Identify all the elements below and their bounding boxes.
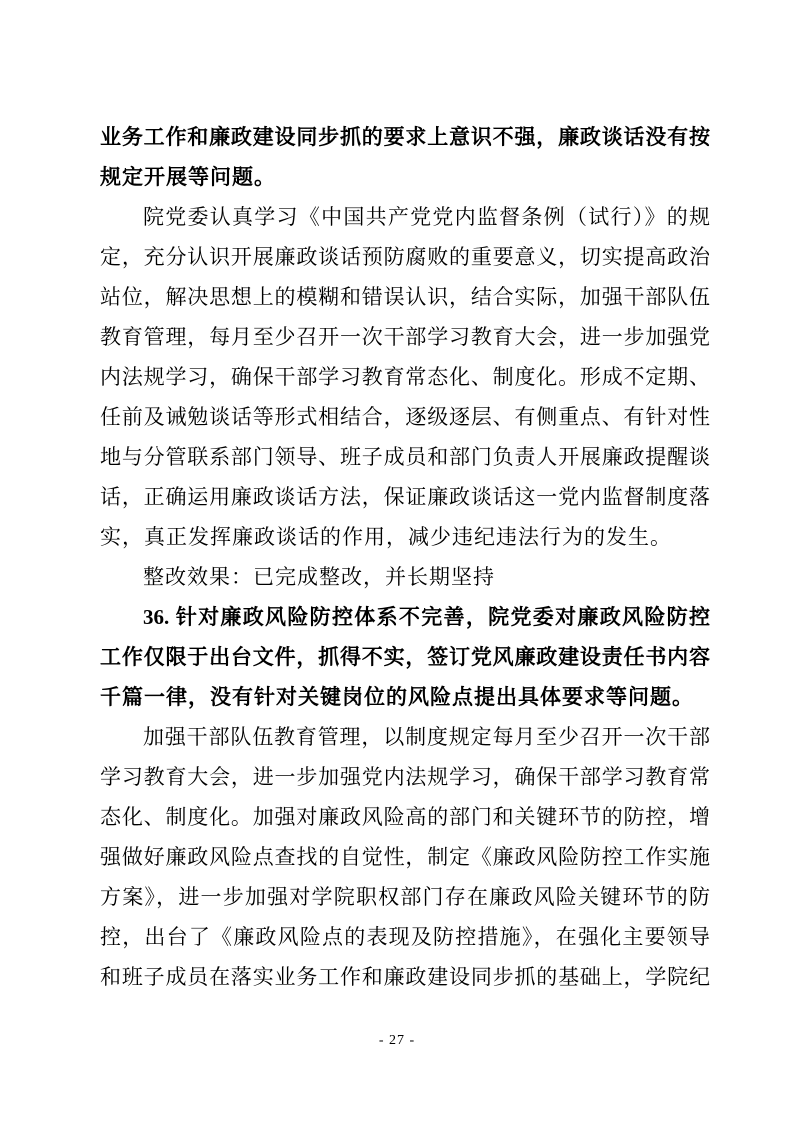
text-line: 定，充分认识开展廉政谈话预防腐败的重要意义，切实提高政治	[100, 237, 710, 277]
rectification-result-line: 整改效果：已完成整改，并长期坚持	[100, 557, 710, 597]
document-body: 业务工作和廉政建设同步抓的要求上意识不强，廉政谈话没有按 规定开展等问题。 院党…	[100, 117, 710, 997]
text-line: 业务工作和廉政建设同步抓的要求上意识不强，廉政谈话没有按	[100, 117, 710, 157]
text-line: 加强干部队伍教育管理，以制度规定每月至少召开一次干部	[100, 717, 710, 757]
text-line: 教育管理，每月至少召开一次干部学习教育大会，进一步加强党	[100, 317, 710, 357]
text-line: 院党委认真学习《中国共产党党内监督条例（试行）》的规	[100, 197, 710, 237]
item-36-heading-line: 工作仅限于出台文件，抓得不实，签订党风廉政建设责任书内容	[100, 637, 710, 677]
item-36-heading-line: 千篇一律，没有针对关键岗位的风险点提出具体要求等问题。	[100, 677, 710, 717]
text-line: 学习教育大会，进一步加强党内法规学习，确保干部学习教育常	[100, 757, 710, 797]
text-line: 地与分管联系部门领导、班子成员和部门负责人开展廉政提醒谈	[100, 437, 710, 477]
text-line: 任前及诫勉谈话等形式相结合，逐级逐层、有侧重点、有针对性	[100, 397, 710, 437]
text-line: 内法规学习，确保干部学习教育常态化、制度化。形成不定期、	[100, 357, 710, 397]
text-line: 实，真正发挥廉政谈话的作用，减少违纪违法行为的发生。	[100, 517, 710, 557]
text-line: 控，出台了《廉政风险点的表现及防控措施》，在强化主要领导	[100, 917, 710, 957]
text-line: 强做好廉政风险点查找的自觉性，制定《廉政风险防控工作实施	[100, 837, 710, 877]
text-line: 站位，解决思想上的模糊和错误认识，结合实际，加强干部队伍	[100, 277, 710, 317]
text-line: 方案》，进一步加强对学院职权部门存在廉政风险关键环节的防	[100, 877, 710, 917]
text-line: 和班子成员在落实业务工作和廉政建设同步抓的基础上，学院纪	[100, 957, 710, 997]
text-line: 态化、制度化。加强对廉政风险高的部门和关键环节的防控，增	[100, 797, 710, 837]
item-36-heading-line: 36. 针对廉政风险防控体系不完善，院党委对廉政风险防控	[100, 597, 710, 637]
page-number: - 27 -	[0, 1033, 794, 1049]
text-line: 话，正确运用廉政谈话方法，保证廉政谈话这一党内监督制度落	[100, 477, 710, 517]
text-line: 规定开展等问题。	[100, 157, 710, 197]
document-page: 业务工作和廉政建设同步抓的要求上意识不强，廉政谈话没有按 规定开展等问题。 院党…	[0, 0, 794, 1123]
